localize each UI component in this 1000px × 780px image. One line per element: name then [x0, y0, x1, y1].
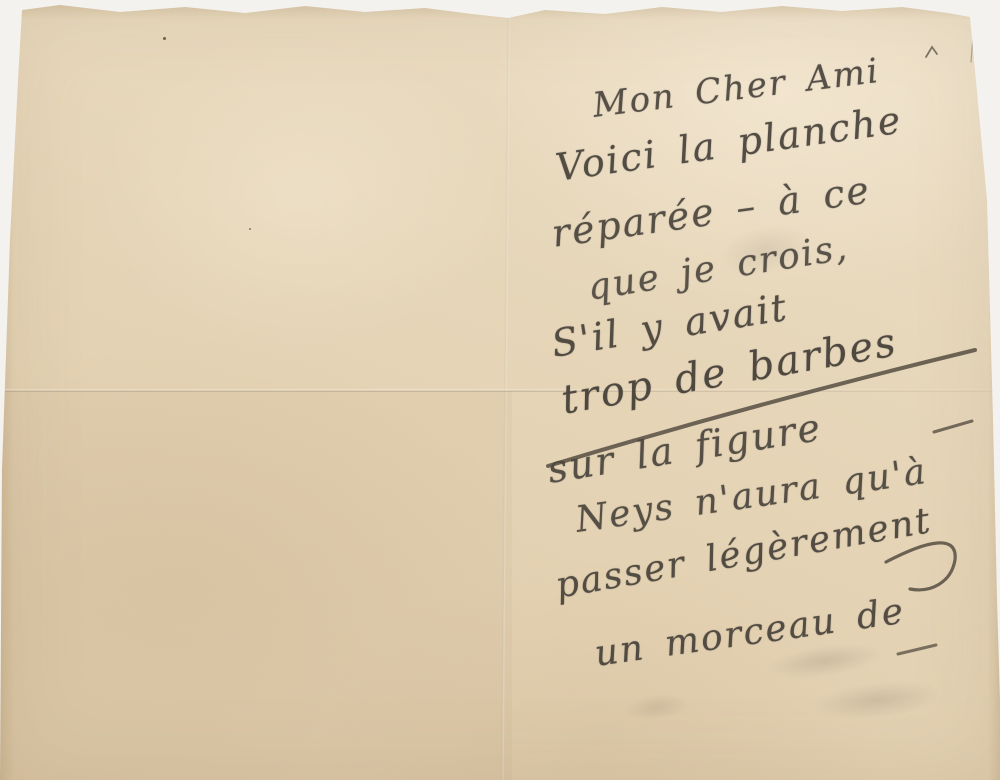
- paper-speck: [163, 37, 166, 40]
- scan-background: Mon Cher Ami Voici la planche réparée – …: [0, 0, 1000, 780]
- paper-speck: [8, 38, 16, 44]
- pencil-flourish-stroke: [886, 543, 955, 590]
- pencil-dash-after-figure: [934, 421, 972, 432]
- paper-top-edge-shadow: [0, 0, 1000, 22]
- pencil-hairline-mark: [971, 36, 973, 62]
- letter-paper: Mon Cher Ami Voici la planche réparée – …: [0, 0, 1000, 780]
- pencil-caret-mark: [926, 47, 937, 57]
- paper-speck: [249, 228, 251, 230]
- fold-quadrant-tint: [0, 391, 512, 780]
- graphite-smudge: [610, 685, 703, 730]
